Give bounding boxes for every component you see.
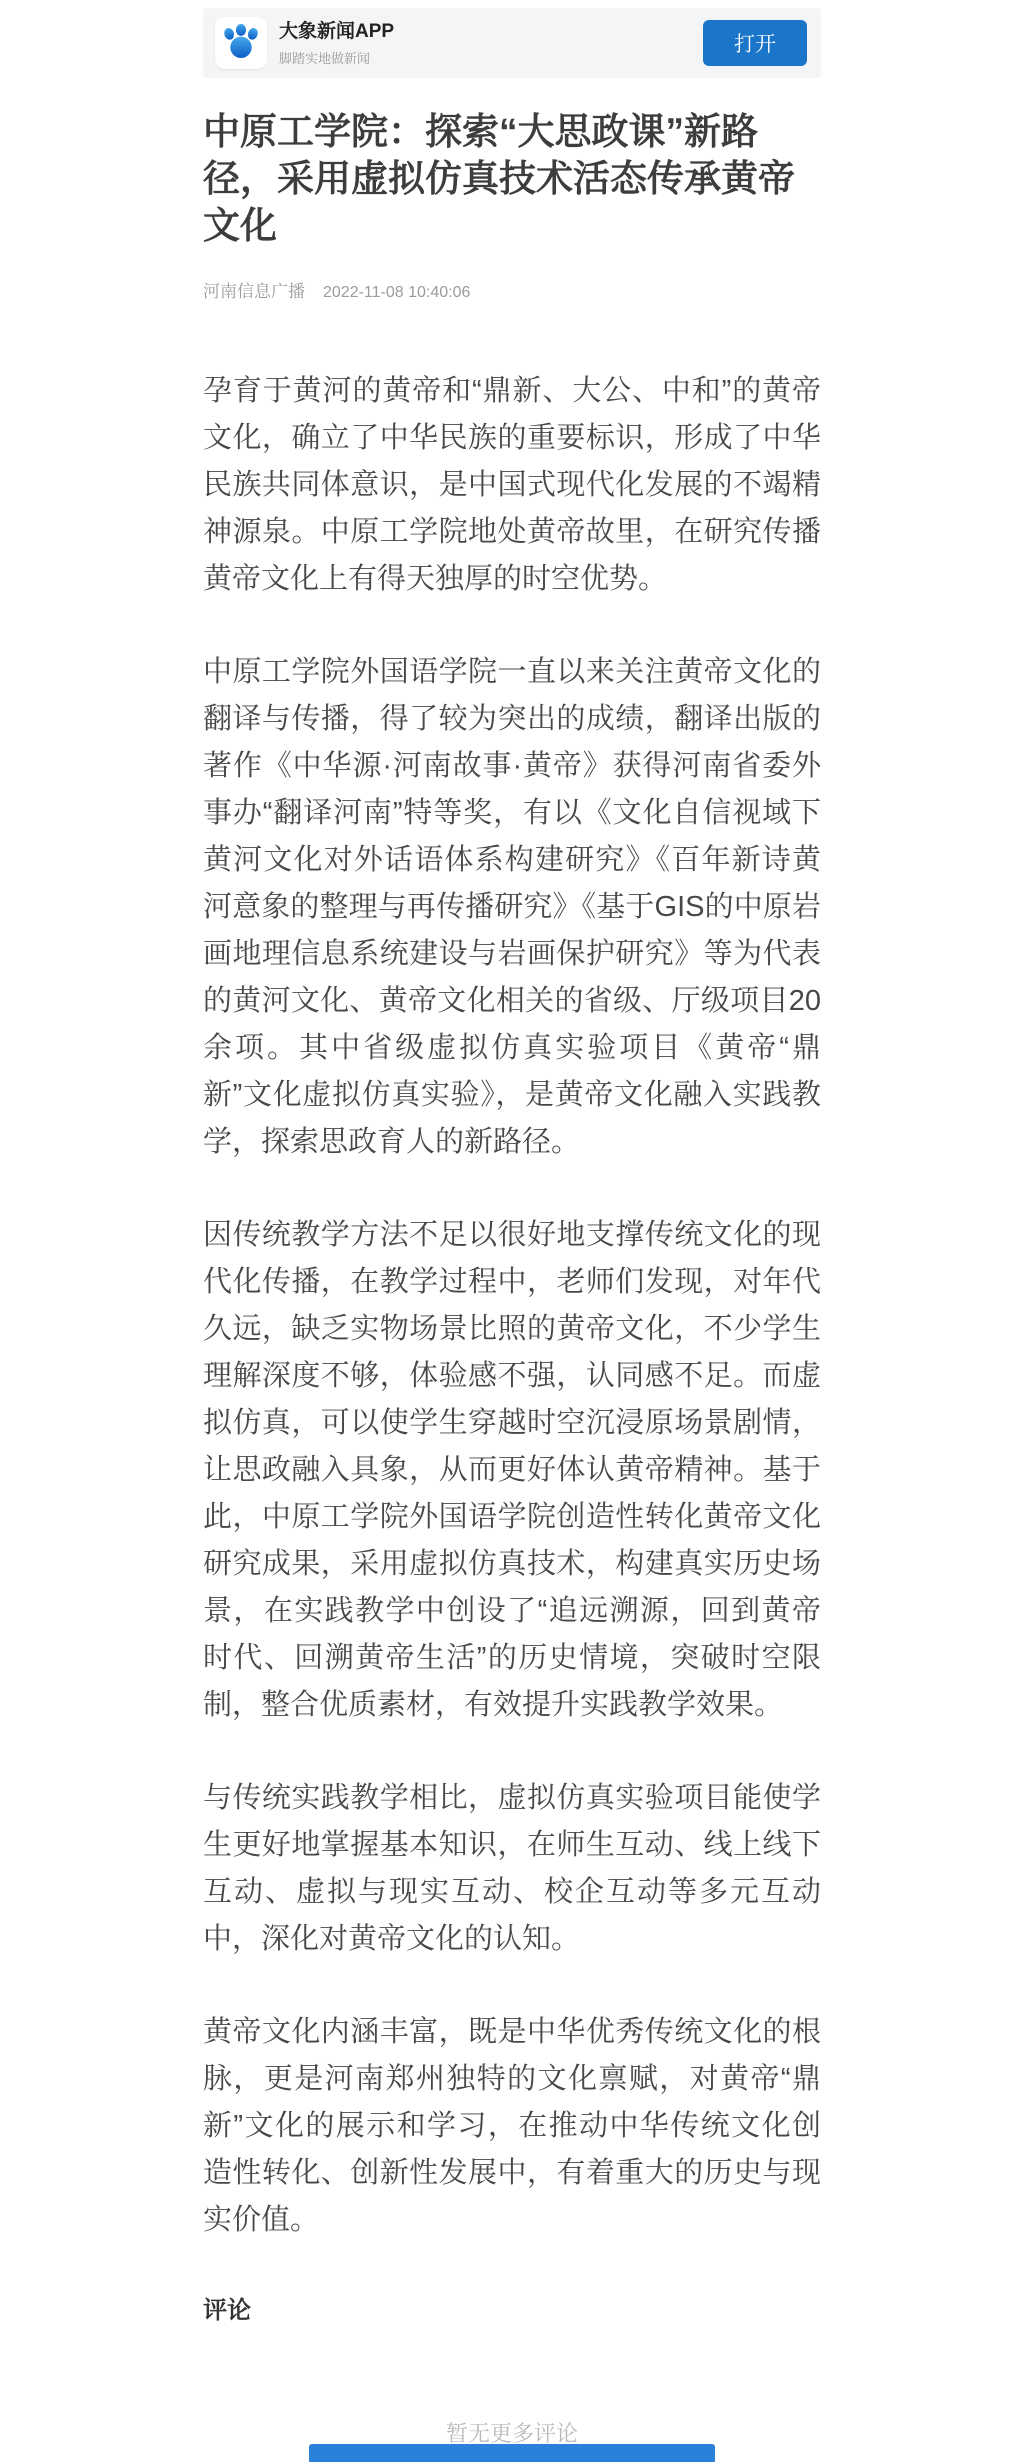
article-body: 孕育于黄河的黄帝和“鼎新、大公、中和”的黄帝文化，确立了中华民族的重要标识，形成… [203,368,821,2244]
elephant-footprint-icon [222,22,260,65]
article-paragraph: 黄帝文化内涵丰富，既是中华优秀传统文化的根脉，更是河南郑州独特的文化禀赋，对黄帝… [203,2009,821,2244]
app-logo[interactable] [215,17,267,69]
open-app-button[interactable]: 打开 [703,20,807,66]
app-slogan: 脚踏实地做新闻 [279,48,703,67]
byline: 河南信息广播 2022-11-08 10:40:06 [203,277,821,302]
comments-heading: 评论 [203,2290,821,2325]
bottom-bar [309,2444,715,2462]
page-column: 大象新闻APP 脚踏实地做新闻 打开 中原工学院：探索“大思政课”新路径，采用虚… [203,0,821,2448]
article-title: 中原工学院：探索“大思政课”新路径，采用虚拟仿真技术活态传承黄帝文化 [203,108,821,249]
article-timestamp: 2022-11-08 10:40:06 [323,284,470,302]
article-paragraph: 因传统教学方法不足以很好地支撑传统文化的现代化传播，在教学过程中，老师们发现，对… [203,1212,821,1729]
app-banner: 大象新闻APP 脚踏实地做新闻 打开 [203,8,821,78]
article-source: 河南信息广播 [203,277,305,302]
app-meta: 大象新闻APP 脚踏实地做新闻 [279,20,703,67]
article-paragraph: 中原工学院外国语学院一直以来关注黄帝文化的翻译与传播，得了较为突出的成绩，翻译出… [203,649,821,1166]
article-paragraph: 孕育于黄河的黄帝和“鼎新、大公、中和”的黄帝文化，确立了中华民族的重要标识，形成… [203,368,821,603]
app-name: 大象新闻APP [279,20,703,44]
article-paragraph: 与传统实践教学相比，虚拟仿真实验项目能使学生更好地掌握基本知识，在师生互动、线上… [203,1775,821,1963]
